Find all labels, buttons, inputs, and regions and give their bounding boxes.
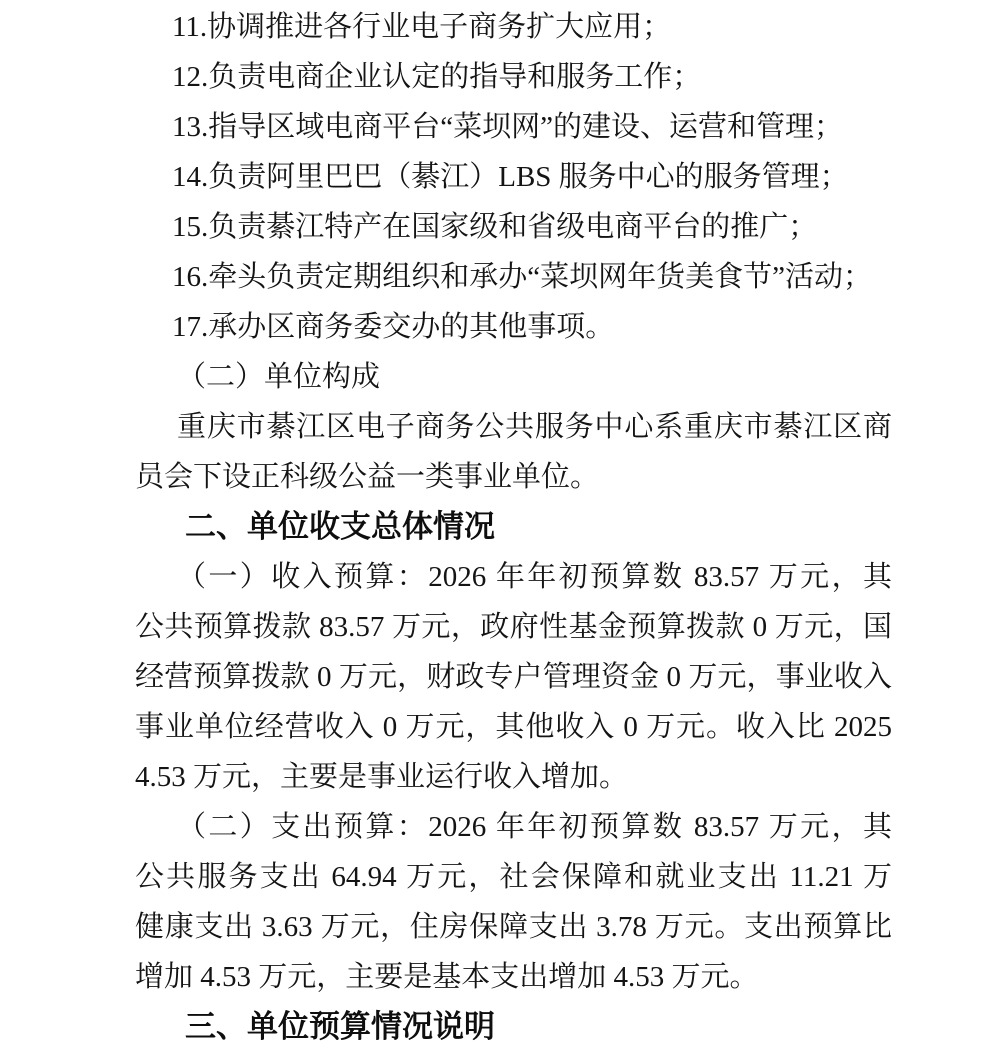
unit-composition-body-line: 重庆市綦江区电子商务公共服务中心系重庆市綦江区商务委	[135, 402, 892, 452]
duty-item-13: 13.指导区域电商平台“菜坝网”的建设、运营和管理；	[135, 102, 892, 152]
budget-document-page: 11.协调推进各行业电子商务扩大应用； 12.负责电商企业认定的指导和服务工作；…	[0, 0, 1000, 1053]
income-paragraph-line: 事业单位经营收入 0 万元，其他收入 0 万元。收入比 2025 年增加	[135, 702, 892, 752]
duty-item-12: 12.负责电商企业认定的指导和服务工作；	[135, 52, 892, 102]
income-paragraph-line: 4.53 万元，主要是事业运行收入增加。	[135, 752, 892, 802]
expenditure-paragraph-line: （二）支出预算：2026 年年初预算数 83.57 万元，其中：一般	[135, 802, 892, 852]
duty-item-16: 16.牵头负责定期组织和承办“菜坝网年货美食节”活动；	[135, 252, 892, 302]
unit-composition-body-line: 员会下设正科级公益一类事业单位。	[135, 452, 892, 502]
duty-item-14: 14.负责阿里巴巴（綦江）LBS 服务中心的服务管理；	[135, 152, 892, 202]
duty-item-11: 11.协调推进各行业电子商务扩大应用；	[135, 2, 892, 52]
expenditure-paragraph-line: 健康支出 3.63 万元，住房保障支出 3.78 万元。支出预算比 2025 年	[135, 902, 892, 952]
section-heading-overview: 二、单位收支总体情况	[135, 502, 892, 552]
expenditure-paragraph-line: 公共服务支出 64.94 万元，社会保障和就业支出 11.21 万元，卫生	[135, 852, 892, 902]
income-paragraph-line: 公共预算拨款 83.57 万元，政府性基金预算拨款 0 万元，国有资本	[135, 602, 892, 652]
income-paragraph-line: 经营预算拨款 0 万元，财政专户管理资金 0 万元，事业收入 0 万元，	[135, 652, 892, 702]
subheading-unit-composition: （二）单位构成	[135, 352, 892, 402]
section-heading-budget-notes: 三、单位预算情况说明	[135, 1002, 892, 1052]
expenditure-paragraph-line: 增加 4.53 万元，主要是基本支出增加 4.53 万元。	[135, 952, 892, 1002]
duty-item-17: 17.承办区商务委交办的其他事项。	[135, 302, 892, 352]
duty-item-15: 15.负责綦江特产在国家级和省级电商平台的推广；	[135, 202, 892, 252]
income-paragraph-line: （一）收入预算：2026 年年初预算数 83.57 万元，其中：一般	[135, 552, 892, 602]
